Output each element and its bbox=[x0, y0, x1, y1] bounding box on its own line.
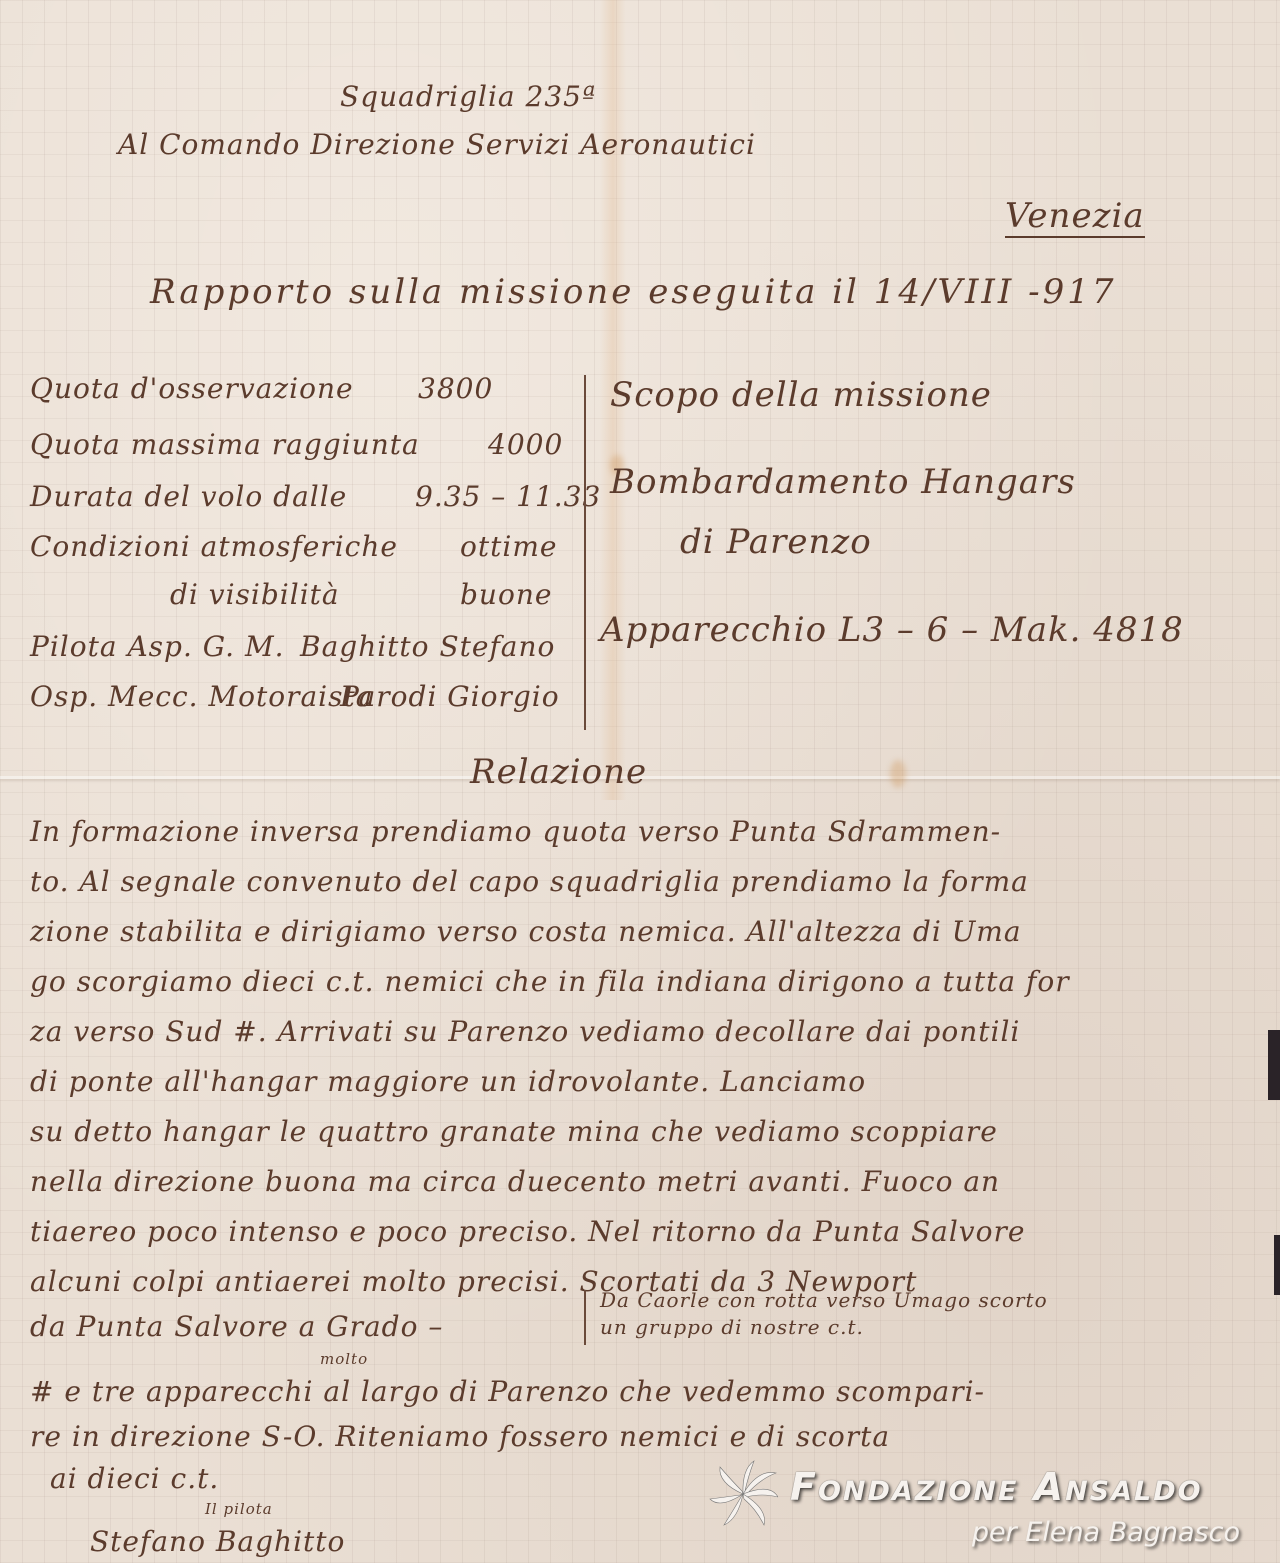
closing-line: # e tre apparecchi al largo di Parenzo c… bbox=[30, 1375, 985, 1408]
report-line: tiaereo poco intenso e poco preciso. Nel… bbox=[30, 1215, 1025, 1248]
detail-observation-altitude-label: Quota d'osservazione bbox=[30, 372, 354, 405]
report-line: to. Al segnale convenuto del capo squadr… bbox=[30, 865, 1029, 898]
column-divider bbox=[584, 375, 586, 730]
detail-mechanic-value: Parodi Giorgio bbox=[340, 680, 560, 713]
report-line: su detto hangar le quattro granate mina … bbox=[30, 1115, 998, 1148]
detail-visibility-label: di visibilità bbox=[170, 578, 340, 611]
closing-line: re in direzione S-O. Riteniamo fossero n… bbox=[30, 1420, 890, 1453]
margin-note-line: un gruppo di nostre c.t. bbox=[600, 1315, 864, 1339]
addressee: Al Comando Direzione Servizi Aeronautici bbox=[118, 128, 756, 161]
report-subject: Rapporto sulla missione eseguita il 14/V… bbox=[150, 272, 1116, 312]
report-line: In formazione inversa prendiamo quota ve… bbox=[30, 815, 1001, 848]
closing-line: ai dieci c.t. bbox=[50, 1462, 219, 1495]
unit-heading: Squadriglia 235ª bbox=[340, 80, 596, 113]
report-title: Relazione bbox=[470, 752, 647, 792]
watermark-title: Fondazione Ansaldo bbox=[790, 1465, 1203, 1509]
mission-scope-label: Scopo della missione bbox=[610, 375, 992, 415]
watermark-subtitle: per Elena Bagnasco bbox=[972, 1517, 1240, 1548]
detail-max-altitude-label: Quota massima raggiunta bbox=[30, 428, 420, 461]
torn-edge bbox=[1274, 1235, 1280, 1295]
detail-max-altitude-value: 4000 bbox=[488, 428, 563, 461]
report-line: nella direzione buona ma circa duecento … bbox=[30, 1165, 1000, 1198]
detail-flight-duration-label: Durata del volo dalle bbox=[30, 480, 347, 513]
mission-aircraft: Apparecchio L3 – 6 – Mak. 4818 bbox=[600, 610, 1184, 650]
detail-pilot-value: Baghitto Stefano bbox=[300, 630, 555, 663]
margin-note-bracket bbox=[584, 1290, 586, 1345]
torn-edge bbox=[1268, 1030, 1280, 1100]
report-line: zione stabilita e dirigiamo verso costa … bbox=[30, 915, 1022, 948]
ink-stain bbox=[890, 760, 906, 788]
detail-visibility-value: buone bbox=[460, 578, 552, 611]
detail-weather-label: Condizioni atmosferiche bbox=[30, 530, 398, 563]
report-line: da Punta Salvore a Grado – bbox=[30, 1310, 443, 1343]
detail-observation-altitude-value: 3800 bbox=[418, 372, 493, 405]
signature-role: Il pilota bbox=[205, 1500, 273, 1518]
signature-name: Stefano Baghitto bbox=[90, 1525, 345, 1558]
report-line: za verso Sud #. Arrivati su Parenzo vedi… bbox=[30, 1015, 1020, 1048]
city: Venezia bbox=[1005, 196, 1145, 238]
mission-scope-line1: Bombardamento Hangars bbox=[610, 462, 1076, 502]
insertion-note: molto bbox=[320, 1350, 368, 1368]
watermark: Fondazione Ansaldo per Elena Bagnasco bbox=[708, 1455, 1268, 1555]
detail-flight-duration-value: 9.35 – 11.33 bbox=[415, 480, 601, 513]
detail-mechanic-label: Osp. Mecc. Motoraista bbox=[30, 680, 373, 713]
ansaldo-swirl-icon bbox=[708, 1459, 778, 1529]
report-line: di ponte all'hangar maggiore un idrovola… bbox=[30, 1065, 866, 1098]
margin-note-line: Da Caorle con rotta verso Umago scorto bbox=[600, 1288, 1048, 1312]
detail-pilot-label: Pilota Asp. G. M. bbox=[30, 630, 285, 663]
mission-scope-line2: di Parenzo bbox=[680, 522, 872, 562]
report-line: go scorgiamo dieci c.t. nemici che in fi… bbox=[30, 965, 1070, 998]
detail-weather-value: ottime bbox=[460, 530, 557, 563]
